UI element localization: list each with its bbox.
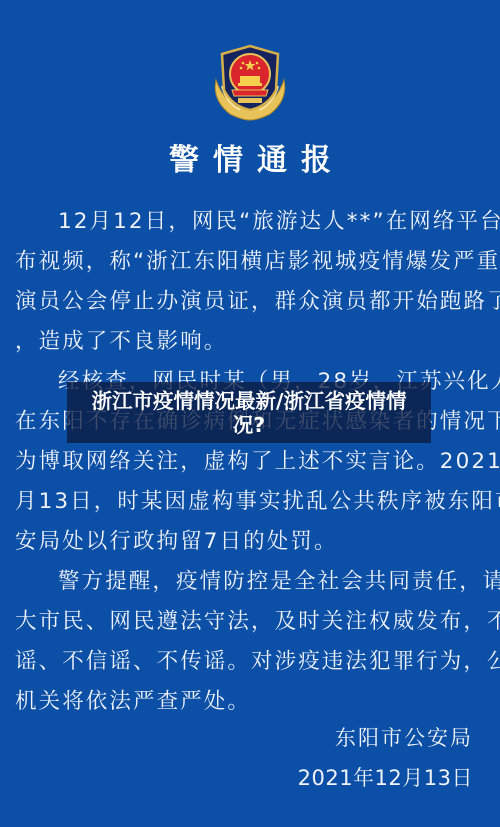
- body-line: 警方提醒，疫情防控是全社会共同责任，请广: [15, 562, 487, 602]
- body-line: 为博取网络关注，虚构了上述不实言论。2021年12: [15, 442, 487, 482]
- body-line: 12月12日，网民“旅游达人**”在网络平台发: [15, 202, 487, 242]
- signature-org: 东阳市公安局: [335, 722, 473, 752]
- body-line: 机关将依法严查严处。: [15, 682, 487, 722]
- headline-overlay[interactable]: 浙江市疫情情况最新/浙江省疫情情况?: [67, 382, 431, 443]
- body-line: 演员公会停止办演员证，群众演员都开始跑路了”: [15, 282, 487, 322]
- body-line: 大市民、网民遵法守法，及时关注权威发布，不造: [15, 602, 487, 642]
- body-line: 布视频，称“浙江东阳横店影视城疫情爆发严重，: [15, 242, 487, 282]
- police-emblem-icon: [208, 40, 292, 122]
- body-line: 安局处以行政拘留7日的处罚。: [15, 522, 487, 562]
- notice-body: 12月12日，网民“旅游达人**”在网络平台发 布视频，称“浙江东阳横店影视城疫…: [15, 202, 487, 722]
- headline-text[interactable]: 浙江市疫情情况最新/浙江省疫情情况?: [79, 389, 419, 437]
- body-line: 月13日，时某因虚构事实扰乱公共秩序被东阳市公: [15, 482, 487, 522]
- body-line: 谣、不信谣、不传谣。对涉疫违法犯罪行为，公安: [15, 642, 487, 682]
- notice-title: 警情通报: [0, 143, 500, 179]
- body-line: ，造成了不良影响。: [15, 322, 487, 362]
- signature-date: 2021年12月13日: [298, 762, 473, 792]
